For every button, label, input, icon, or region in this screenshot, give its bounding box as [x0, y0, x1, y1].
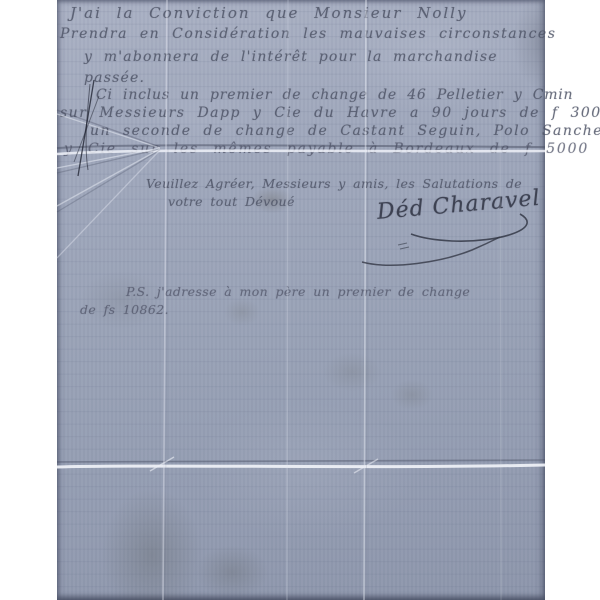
handwriting-line: Prendra en Considération les mauvaises c… [60, 26, 556, 42]
handwriting-line: y Cie sur les mêmes payable à Bordeaux d… [64, 141, 600, 157]
handwriting-line: y m'abonnera de l'intérêt pour la marcha… [84, 49, 498, 65]
scanned-letter-photo: J'ai la Conviction que Monsieur Nolly Pr… [0, 0, 600, 600]
handwriting-line: passée. [84, 70, 145, 86]
closing-line: votre tout Dévoué [168, 194, 295, 209]
closing-line: Veuillez Agréer, Messieurs y amis, les S… [146, 176, 522, 191]
handwriting-line: un seconde de change de Castant Seguin, … [90, 123, 600, 139]
postscript-line: de fs 10862. [80, 302, 169, 317]
postscript-line: P.S. j'adresse à mon père un premier de … [126, 284, 470, 299]
handwriting-line: Ci inclus un premier de change de 46 Pel… [96, 87, 573, 103]
handwriting-line: sur Messieurs Dapp y Cie du Havre a 90 j… [60, 105, 600, 121]
handwriting-line: J'ai la Conviction que Monsieur Nolly [70, 4, 467, 22]
